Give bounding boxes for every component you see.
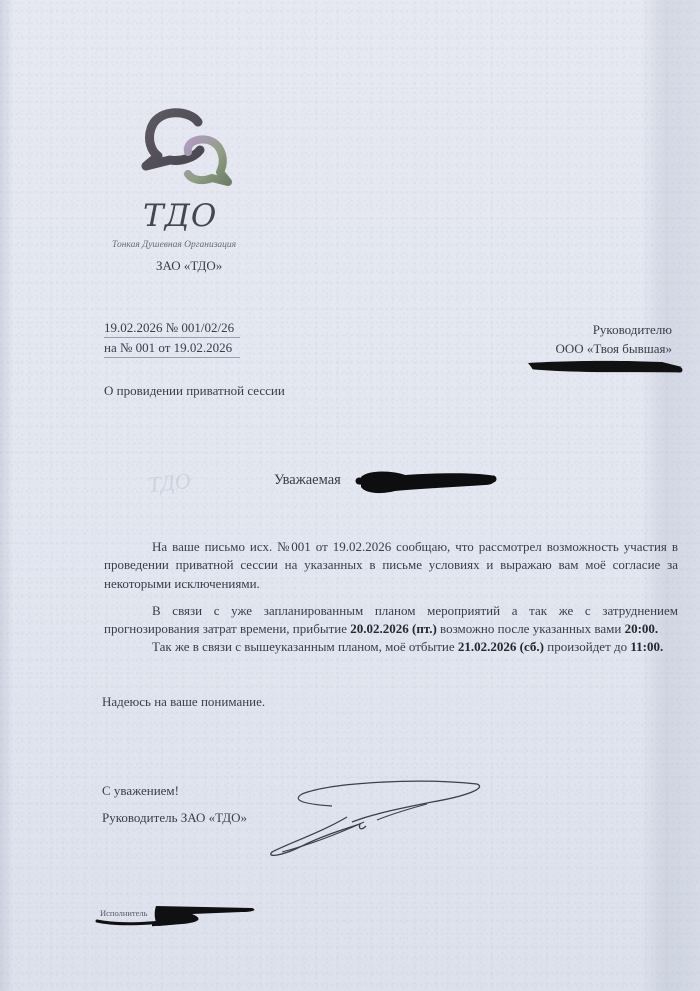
paragraph-3-middle: произойдет до bbox=[544, 639, 630, 654]
reference-block: 19.02.2026 № 001/02/26 на № 001 от 19.02… bbox=[104, 318, 240, 358]
logo-text: ТДО bbox=[143, 198, 217, 234]
arrival-date: 20.02.2026 (пт.) bbox=[350, 621, 437, 636]
executor-label: Исполнитель bbox=[100, 908, 148, 918]
body-paragraph-3: Так же в связи с вышеуказанным планом, м… bbox=[104, 638, 678, 656]
logo-subtitle: Тонкая Душевная Организация bbox=[112, 240, 236, 250]
departure-date: 21.02.2026 (сб.) bbox=[458, 639, 544, 654]
addressee-organization: ООО «Твоя бывшая» bbox=[556, 339, 673, 358]
incoming-reference: на № 001 от 19.02.2026 bbox=[104, 338, 240, 358]
body-paragraph-1: На ваше письмо исх. №001 от 19.02.2026 с… bbox=[104, 538, 678, 593]
departure-time: 11:00. bbox=[630, 639, 663, 654]
body-paragraph-2: В связи с уже запланированным планом мер… bbox=[104, 602, 678, 639]
paragraph-2-middle: возможно после указанных вами bbox=[437, 621, 625, 636]
outgoing-reference: 19.02.2026 № 001/02/26 bbox=[104, 318, 240, 338]
letter-page: ТДО ТДО Тонкая Душевная Организация ЗАО … bbox=[0, 0, 700, 991]
redaction-mark-executor-icon bbox=[152, 902, 262, 928]
redaction-mark-addressee-icon bbox=[522, 355, 687, 377]
bleed-through-stamp: ТДО bbox=[147, 468, 192, 498]
letter-subject: О провидении приватной сессии bbox=[104, 383, 285, 399]
company-name: ЗАО «ТДО» bbox=[156, 258, 222, 274]
addressee-position: Руководителю bbox=[556, 320, 673, 339]
letter-body: На ваше письмо исх. №001 от 19.02.2026 с… bbox=[104, 538, 678, 657]
salutation: Уважаемая bbox=[274, 472, 341, 488]
closing-line: Надеюсь на ваше понимание. bbox=[102, 694, 265, 710]
addressee-block: Руководителю ООО «Твоя бывшая» bbox=[556, 320, 673, 358]
handwritten-signature-icon bbox=[262, 772, 492, 862]
regards: С уважением! bbox=[102, 783, 179, 799]
overlapping-speech-bubbles-logo-icon bbox=[136, 100, 236, 200]
paragraph-3-text: Так же в связи с вышеуказанным планом, м… bbox=[152, 639, 458, 654]
redaction-mark-greeting-icon bbox=[355, 467, 500, 499]
signer-title: Руководитель ЗАО «ТДО» bbox=[102, 810, 247, 826]
greeting: Уважаемая bbox=[274, 472, 341, 489]
arrival-time: 20:00. bbox=[625, 621, 659, 636]
